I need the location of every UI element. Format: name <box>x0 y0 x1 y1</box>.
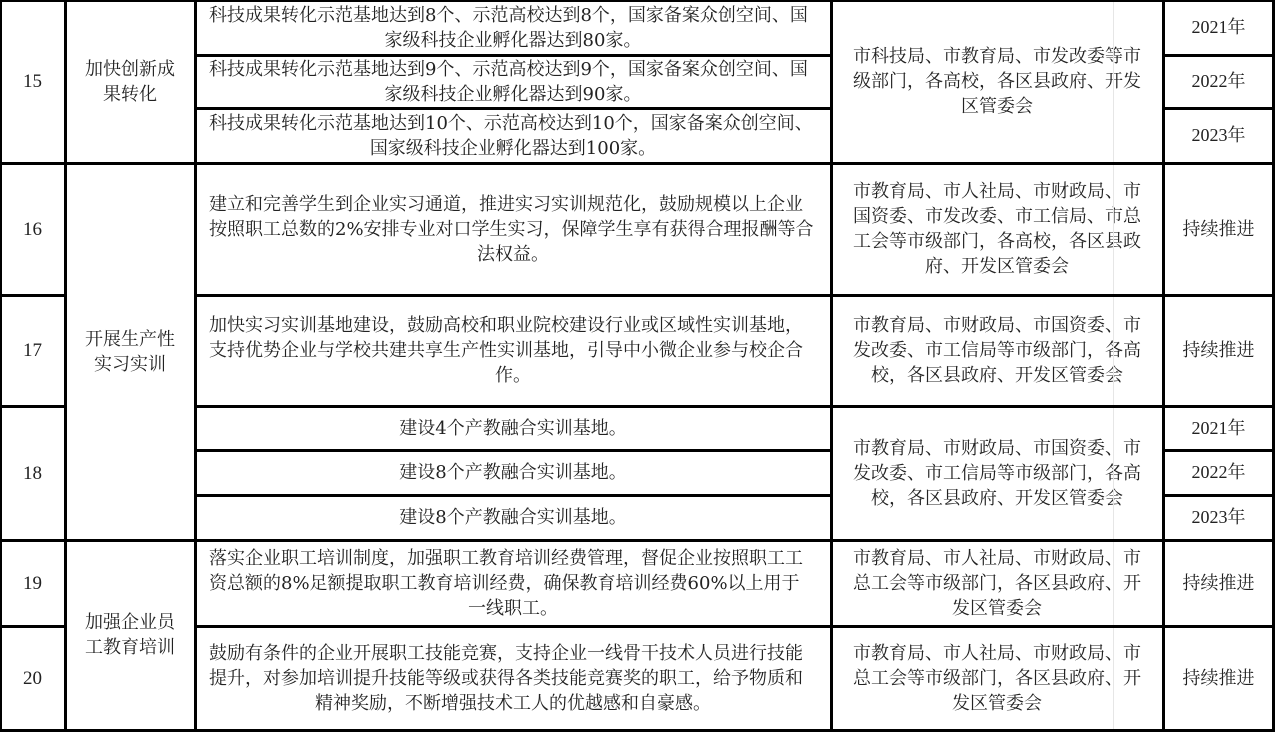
column-divider <box>64 0 67 731</box>
task-employee-training: 加强企业员工教育培训 <box>65 540 195 730</box>
row-18-measure-2022: 建设8个产教融合实训基地。 <box>195 450 831 495</box>
measure-text: 科技成果转化示范基地达到8个、示范高校达到8个，国家备案众创空间、国家级科技企业… <box>209 3 817 53</box>
cell-guide-line <box>1113 0 1114 730</box>
row-15-timeline-2022: 2022年 <box>1163 55 1274 108</box>
row-19-timeline: 持续推进 <box>1163 540 1274 626</box>
row-divider <box>1163 107 1275 110</box>
table-border-top <box>0 0 1275 2</box>
row-divider <box>195 107 832 110</box>
row-19-measure: 落实企业职工培训制度，加强职工教育培训经费管理，督促企业按照职工工资总额的8%足… <box>195 540 831 626</box>
row-divider <box>195 54 832 57</box>
row-15-measure-2022: 科技成果转化示范基地达到9个、示范高校达到9个，国家备案众创空间、国家级科技企业… <box>195 55 831 108</box>
row-15-timeline-2023: 2023年 <box>1163 108 1274 163</box>
row-divider <box>195 405 1275 408</box>
row-divider <box>1163 449 1275 452</box>
measure-text: 落实企业职工培训制度，加强职工教育培训经费管理，督促企业按照职工工资总额的8%足… <box>209 546 817 621</box>
row-divider <box>0 625 66 628</box>
row-divider <box>0 405 66 408</box>
table-border-bottom <box>0 729 1275 732</box>
row-15-measure-2021: 科技成果转化示范基地达到8个、示范高校达到8个，国家备案众创空间、国家级科技企业… <box>195 0 831 55</box>
row-16-timeline: 持续推进 <box>1163 163 1274 295</box>
row-16-number: 16 <box>0 163 65 295</box>
row-20-timeline: 持续推进 <box>1163 626 1274 730</box>
row-divider <box>1163 54 1275 57</box>
row-17-measure: 加快实习实训基地建设，鼓励高校和职业院校建设行业或区域性实训基地，支持优势企业与… <box>195 295 831 406</box>
row-19-number: 19 <box>0 540 65 626</box>
row-17-timeline: 持续推进 <box>1163 295 1274 406</box>
row-18-timeline-2022: 2022年 <box>1163 450 1274 495</box>
table-border-left <box>0 0 2 731</box>
measure-text: 建立和完善学生到企业实习通道，推进实习实训规范化，鼓励规模以上企业按照职工总数的… <box>209 192 817 267</box>
row-divider <box>0 162 1275 165</box>
row-18-measure-2023: 建设8个产教融合实训基地。 <box>195 495 831 540</box>
row-15-measure-2023: 科技成果转化示范基地达到10个、示范高校达到10个，国家备案众创空间、国家级科技… <box>195 108 831 163</box>
task-productive-internship: 开展生产性实习实训 <box>65 163 195 540</box>
row-20-number: 20 <box>0 626 65 730</box>
measure-text: 加快实习实训基地建设，鼓励高校和职业院校建设行业或区域性实训基地，支持优势企业与… <box>209 313 817 388</box>
measure-text: 科技成果转化示范基地达到9个、示范高校达到9个，国家备案众创空间、国家级科技企业… <box>209 57 817 107</box>
task-innovation-transfer: 加快创新成果转化 <box>65 0 195 163</box>
row-16-measure: 建立和完善学生到企业实习通道，推进实习实训规范化，鼓励规模以上企业按照职工总数的… <box>195 163 831 295</box>
row-divider <box>195 449 832 452</box>
row-divider <box>195 294 1275 297</box>
row-divider <box>195 625 1275 628</box>
row-20-measure: 鼓励有条件的企业开展职工技能竞赛，支持企业一线骨干技术人员进行技能提升，对参加培… <box>195 626 831 730</box>
policy-task-table: 15 加快创新成果转化 科技成果转化示范基地达到8个、示范高校达到8个，国家备案… <box>0 0 1275 735</box>
row-15-number: 15 <box>0 0 65 163</box>
measure-text: 鼓励有条件的企业开展职工技能竞赛，支持企业一线骨干技术人员进行技能提升，对参加培… <box>209 641 817 716</box>
measure-text: 科技成果转化示范基地达到10个、示范高校达到10个，国家备案众创空间、国家级科技… <box>209 111 817 161</box>
row-divider <box>1163 494 1275 497</box>
row-15-timeline-2021: 2021年 <box>1163 0 1274 55</box>
row-18-measure-2021: 建设4个产教融合实训基地。 <box>195 406 831 450</box>
row-18-timeline-2021: 2021年 <box>1163 406 1274 450</box>
row-divider <box>0 539 1275 542</box>
row-divider <box>0 294 66 297</box>
row-18-timeline-2023: 2023年 <box>1163 495 1274 540</box>
row-18-number: 18 <box>0 406 65 540</box>
row-17-number: 17 <box>0 295 65 406</box>
row-divider <box>195 494 832 497</box>
